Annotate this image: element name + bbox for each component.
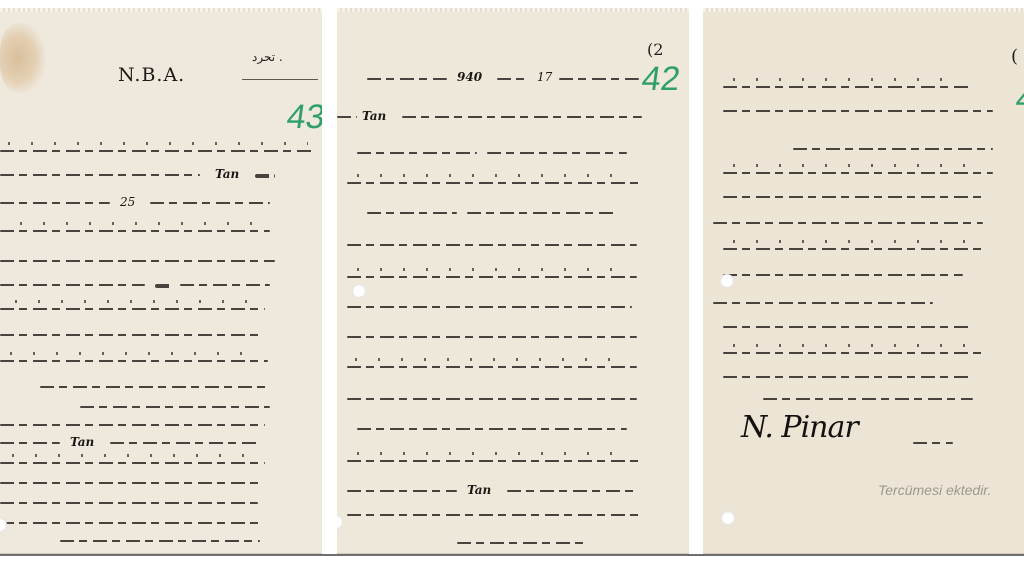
handwritten-line bbox=[0, 418, 322, 432]
handwritten-line bbox=[337, 422, 689, 436]
corner-mark: ( bbox=[1011, 46, 1018, 67]
handwritten-line bbox=[0, 516, 322, 530]
handwritten-line bbox=[703, 190, 1024, 204]
handwritten-line bbox=[0, 476, 322, 490]
handwritten-line bbox=[337, 508, 689, 522]
handwritten-line bbox=[0, 278, 322, 292]
page-heading: N.B.A. bbox=[118, 64, 185, 86]
latin-word: Tan bbox=[70, 435, 94, 449]
handwritten-line: 25 bbox=[0, 196, 322, 210]
handwritten-line bbox=[703, 242, 1024, 256]
punch-hole bbox=[352, 284, 366, 298]
handwritten-line bbox=[0, 302, 322, 316]
date-day: 17 bbox=[537, 70, 552, 84]
handwritten-line bbox=[337, 392, 689, 406]
handwritten-line bbox=[0, 496, 322, 510]
handwritten-line bbox=[0, 224, 322, 238]
handwritten-line bbox=[703, 346, 1024, 360]
handwritten-line bbox=[337, 176, 689, 190]
handwritten-line: Tan bbox=[0, 436, 322, 450]
corner-note: تحرد . bbox=[252, 50, 283, 64]
handwritten-line: Tan bbox=[0, 168, 322, 182]
handwritten-line bbox=[337, 360, 689, 374]
handwritten-line bbox=[0, 400, 322, 414]
handwritten-line bbox=[703, 392, 1024, 406]
handwritten-line bbox=[703, 104, 1024, 118]
letter-page-left: N.B.A. تحرد . 43 Tan 25 Tan bbox=[0, 8, 322, 553]
handwritten-line bbox=[0, 456, 322, 470]
handwritten-line bbox=[337, 300, 689, 314]
latin-word: Tan bbox=[215, 167, 239, 181]
handwritten-line bbox=[337, 206, 689, 220]
handwritten-line bbox=[0, 354, 322, 368]
bottom-strip bbox=[0, 554, 1024, 576]
handwritten-line: Tan bbox=[337, 484, 689, 498]
underline-rule bbox=[242, 79, 318, 80]
letter-page-right: N. Pinar Tercümesi ektedir. ( 4 bbox=[703, 8, 1024, 553]
letter-page-middle: (2 42 940 17 Tan Tan bbox=[337, 8, 689, 553]
signature: N. Pinar bbox=[741, 410, 858, 445]
handwritten-line bbox=[0, 328, 322, 342]
handwritten-line bbox=[703, 80, 1024, 94]
punch-hole bbox=[721, 511, 735, 525]
pencil-note: Tercümesi ektedir. bbox=[878, 482, 991, 498]
corner-mark: (2 bbox=[647, 40, 663, 59]
handwritten-line bbox=[0, 254, 322, 268]
folio-number: 43 bbox=[284, 98, 322, 137]
latin-word: Tan bbox=[467, 483, 491, 497]
handwritten-line bbox=[337, 454, 689, 468]
handwritten-line bbox=[703, 268, 1024, 282]
handwritten-line bbox=[337, 270, 689, 284]
handwritten-line bbox=[0, 534, 322, 548]
punch-hole bbox=[720, 274, 734, 288]
handwritten-line: Tan bbox=[337, 110, 689, 124]
handwritten-line bbox=[703, 166, 1024, 180]
handwritten-line bbox=[703, 320, 1024, 334]
handwritten-line bbox=[337, 330, 689, 344]
numeral: 25 bbox=[120, 195, 135, 209]
handwritten-line bbox=[703, 296, 1024, 310]
handwritten-line bbox=[0, 380, 322, 394]
paper-stain bbox=[0, 23, 45, 93]
latin-word: Tan bbox=[362, 109, 386, 123]
handwritten-line bbox=[337, 536, 689, 550]
handwritten-line bbox=[703, 216, 1024, 230]
date-line: 940 17 bbox=[337, 72, 689, 86]
handwritten-line bbox=[337, 146, 689, 160]
handwritten-line bbox=[0, 144, 322, 158]
handwritten-line bbox=[703, 370, 1024, 384]
handwritten-line bbox=[337, 238, 689, 252]
date-year: 940 bbox=[457, 70, 482, 84]
handwritten-line bbox=[703, 142, 1024, 156]
